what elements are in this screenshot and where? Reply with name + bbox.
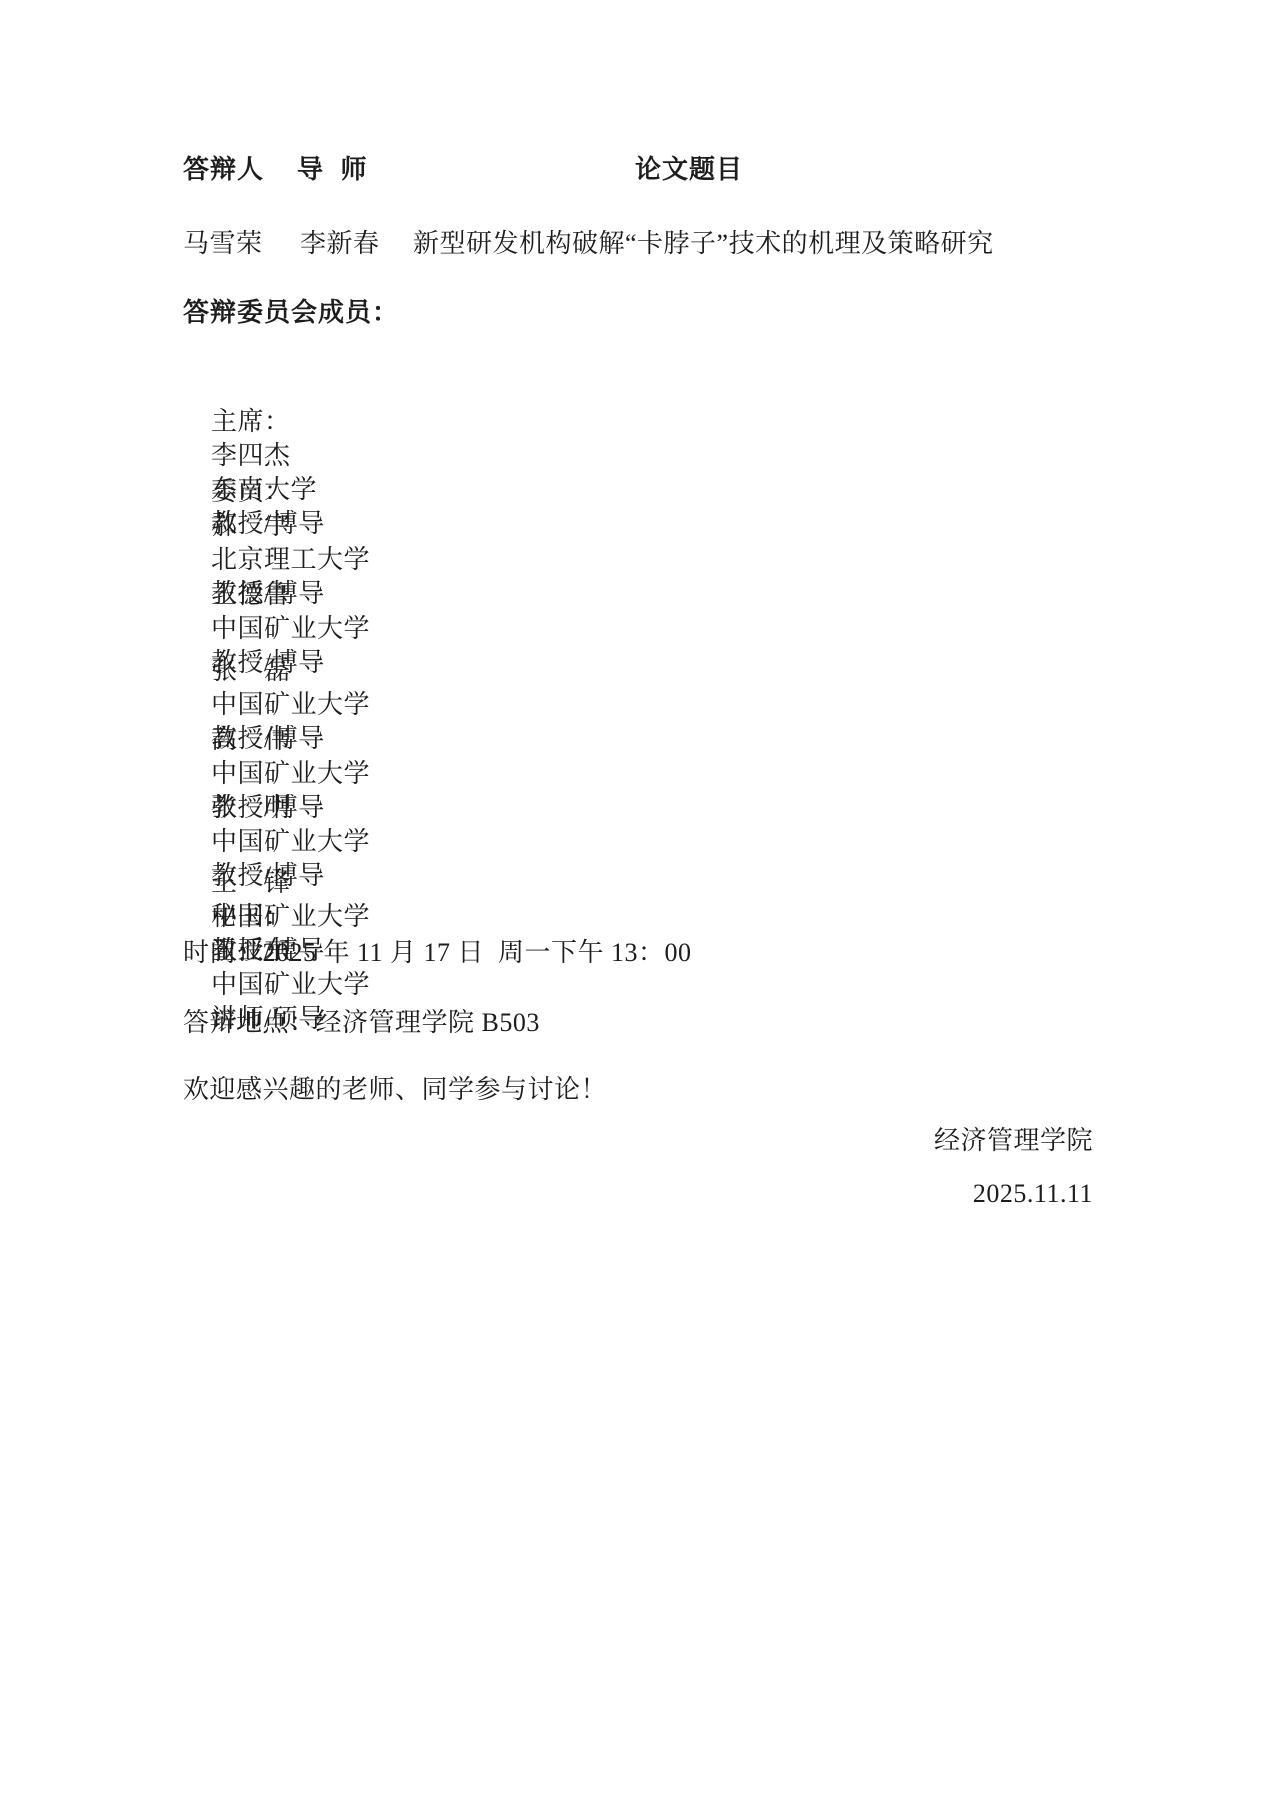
member-role: 委员： xyxy=(211,475,313,509)
advisor-column-header: 导 师 xyxy=(297,152,367,186)
signature-organization: 经济管理学院 xyxy=(934,1124,1093,1158)
advisor-name: 李新春 xyxy=(300,227,380,261)
member-role: 秘书： xyxy=(211,900,313,934)
member-affiliation: 中国矿业大学 xyxy=(211,968,383,1002)
signature-date: 2025.11.11 xyxy=(973,1177,1093,1211)
welcome-line: 欢迎感兴趣的老师、同学参与讨论！ xyxy=(183,1073,607,1107)
defense-announcement-document: 答辩人 导 师 论文题目 马雪荣 李新春 新型研发机构破解“卡脖子”技术的机理及… xyxy=(0,0,1280,1810)
thesis-title-column-header: 论文题目 xyxy=(635,152,743,186)
applicant-column-header: 答辩人 xyxy=(183,152,264,186)
committee-heading: 答辩委员会成员： xyxy=(183,295,399,329)
defense-time-line: 时间：2025 年 11 月 17 日 周一下午 13：00 xyxy=(183,936,692,970)
applicant-name: 马雪荣 xyxy=(183,227,263,261)
member-role: 主席： xyxy=(211,405,313,439)
defense-location-line: 答辩地点：经济管理学院 B503 xyxy=(183,1006,540,1040)
thesis-title: 新型研发机构破解“卡脖子”技术的机理及策略研究 xyxy=(413,227,994,261)
